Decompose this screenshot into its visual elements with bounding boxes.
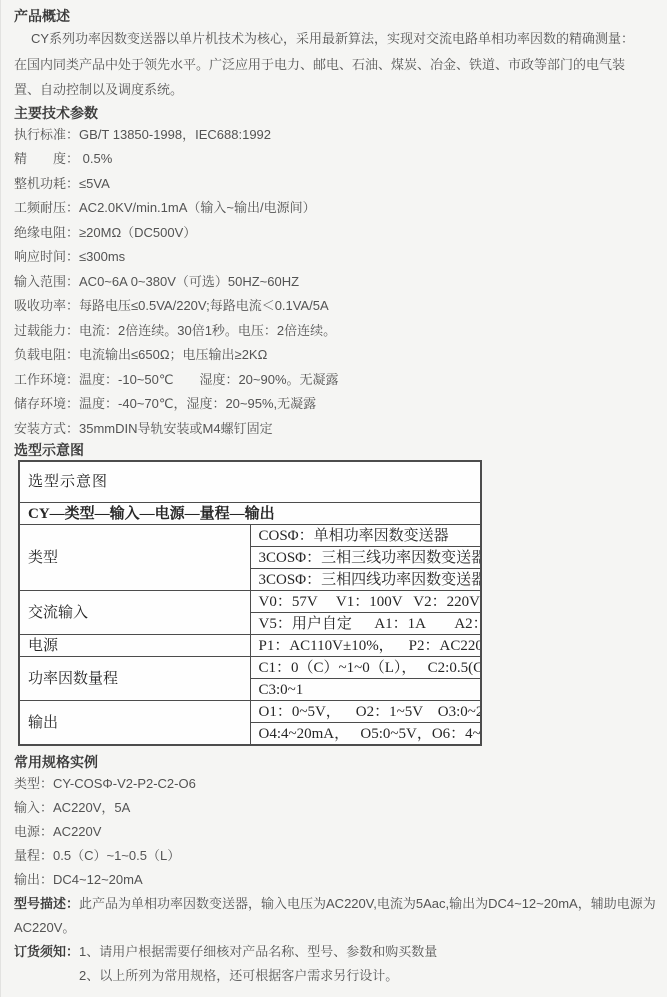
- example-input: 输入：AC220V，5A: [14, 796, 654, 820]
- param-value: AC0~6A 0~380V（可选）50HZ~60HZ: [79, 274, 299, 289]
- order-notes: 订货须知：1、请用户根据需要仔细核对产品名称、型号、参数和购买数量 2、以上所列…: [14, 940, 654, 988]
- param-value: 每路电压≤0.5VA/220V;每路电流＜0.1VA/5A: [79, 298, 329, 313]
- param-input-range: 输入范围：AC0~6A 0~380V（可选）50HZ~60HZ: [14, 270, 654, 295]
- param-exec-standard: 执行标准：GB/T 13850-1998，IEC688:1992: [14, 123, 654, 148]
- example-output: 输出：DC4~12~20mA: [14, 868, 654, 892]
- table-row: 交流输入 V0：57V V1：100V V2：220V V3：270V，V4：4…: [19, 591, 481, 613]
- param-label: 吸收功率：: [14, 298, 79, 313]
- param-label: 过载能力：: [14, 323, 79, 338]
- order-notes-line-1: 订货须知：1、请用户根据需要仔细核对产品名称、型号、参数和购买数量: [14, 940, 654, 964]
- param-label: 工频耐压：: [14, 200, 79, 215]
- param-value: ≥20MΩ（DC500V）: [79, 225, 196, 240]
- selection-table-title: 选型示意图: [19, 461, 481, 503]
- order-note-2: 2、以上所列为常用规格，还可根据客户需求另行设计。: [14, 964, 654, 988]
- param-value: GB/T 13850-1998，IEC688:1992: [79, 127, 271, 142]
- model-description-line-1: 型号描述：此产品为单相功率因数变送器，输入电压为AC220V,电流为5Aac,输…: [14, 892, 654, 916]
- group-label-output: 输出: [19, 701, 250, 746]
- example-value: AC220V，5A: [53, 800, 130, 815]
- param-label: 负载电阻：: [14, 347, 79, 362]
- table-row: 功率因数量程 C1：0（C）~1~0（L）， C2:0.5(C)~1~0.5（L…: [19, 657, 481, 679]
- param-value: 0.5%: [79, 151, 112, 166]
- group-label-pf-range: 功率因数量程: [19, 657, 250, 701]
- param-absorbed-power: 吸收功率：每路电压≤0.5VA/220V;每路电流＜0.1VA/5A: [14, 294, 654, 319]
- table-row: CY—类型—输入—电源—量程—输出: [19, 503, 481, 525]
- param-value: 电流：2倍连续。30倍1秒。电压：2倍连续。: [79, 323, 336, 338]
- example-label: 量程：: [14, 848, 53, 863]
- section-heading-selection-diagram: 选型示意图: [14, 442, 654, 459]
- model-description-text: 此产品为单相功率因数变送器，输入电压为AC220V,电流为5Aac,输出为DC4…: [79, 896, 656, 911]
- param-label: 工作环境：: [14, 372, 79, 387]
- param-mounting: 安装方式：35mmDIN导轨安装或M4螺钉固定: [14, 417, 654, 442]
- param-load-resistance: 负载电阻：电流输出≤650Ω；电压输出≥2KΩ: [14, 343, 654, 368]
- example-power: 电源：AC220V: [14, 820, 654, 844]
- example-label: 电源：: [14, 824, 53, 839]
- overview-line-3: 置、自动控制以及调度系统。: [14, 77, 654, 103]
- group-label-power-supply: 电源: [19, 635, 250, 657]
- order-notes-label: 订货须知：: [14, 944, 79, 959]
- param-withstand-voltage: 工频耐压：AC2.0KV/min.1mA（输入~输出/电源间）: [14, 196, 654, 221]
- table-row: 类型 COSΦ：单相功率因数变送器: [19, 525, 481, 547]
- model-description-line-2: AC220V。: [14, 916, 654, 940]
- param-value: AC2.0KV/min.1mA（输入~输出/电源间）: [79, 200, 316, 215]
- overview-line-2: 在国内同类产品中处于领先水平。广泛应用于电力、邮电、石油、煤炭、冶金、铁道、市政…: [14, 52, 654, 78]
- model-description: 型号描述：此产品为单相功率因数变送器，输入电压为AC220V,电流为5Aac,输…: [14, 892, 654, 940]
- section-heading-overview: 产品概述: [14, 6, 654, 26]
- type-option-3cos-3wire: 3COSΦ：三相三线功率因数变送器: [250, 547, 481, 569]
- section-heading-examples: 常用规格实例: [14, 752, 654, 772]
- group-label-ac-input: 交流输入: [19, 591, 250, 635]
- param-value: 温度：-10~50℃ 湿度：20~90%。无凝露: [79, 372, 339, 387]
- param-value: ≤5VA: [79, 176, 110, 191]
- output-options-o4-o9: O4:4~20mA， O5:0~5V，O6：4~12~20mA， O9：RS48…: [250, 723, 481, 746]
- group-label-type: 类型: [19, 525, 250, 591]
- param-response-time: 响应时间：≤300ms: [14, 245, 654, 270]
- example-value: DC4~12~20mA: [53, 872, 143, 887]
- table-row: 输出 O1：0~5V， O2：1~5V O3:0~20mA: [19, 701, 481, 723]
- model-description-label: 型号描述：: [14, 896, 79, 911]
- param-value: ≤300ms: [79, 249, 125, 264]
- param-label: 执行标准：: [14, 127, 79, 142]
- examples-list: 类型：CY-COSΦ-V2-P2-C2-O6 输入：AC220V，5A 电源：A…: [14, 772, 654, 892]
- product-spec-page: 产品概述 CY系列功率因数变送器以单片机技术为核心，采用最新算法，实现对交流电路…: [0, 0, 667, 997]
- table-row: 电源 P1：AC110V±10%， P2：AC220±15%: [19, 635, 481, 657]
- param-accuracy: 精 度： 0.5%: [14, 147, 654, 172]
- example-label: 输入：: [14, 800, 53, 815]
- param-label: 安装方式：: [14, 421, 79, 436]
- selection-table: 选型示意图 CY—类型—输入—电源—量程—输出 类型 COSΦ：单相功率因数变送…: [18, 460, 482, 746]
- type-option-cos: COSΦ：单相功率因数变送器: [250, 525, 481, 547]
- param-label: 输入范围：: [14, 274, 79, 289]
- param-label: 响应时间：: [14, 249, 79, 264]
- order-note-1: 1、请用户根据需要仔细核对产品名称、型号、参数和购买数量: [79, 944, 437, 959]
- overview-line-1: CY系列功率因数变送器以单片机技术为核心，采用最新算法，实现对交流电路单相功率因…: [14, 26, 654, 52]
- param-label: 绝缘电阻：: [14, 225, 79, 240]
- type-option-3cos-4wire: 3COSΦ：三相四线功率因数变送器: [250, 569, 481, 591]
- param-label: 整机功耗：: [14, 176, 79, 191]
- example-range: 量程：0.5（C）~1~0.5（L）: [14, 844, 654, 868]
- example-value: AC220V: [53, 824, 101, 839]
- model-code-format: CY—类型—输入—电源—量程—输出: [19, 503, 481, 525]
- example-label: 输出：: [14, 872, 53, 887]
- pf-range-option-c3: C3:0~1: [250, 679, 481, 701]
- param-value: 35mmDIN导轨安装或M4螺钉固定: [79, 421, 273, 436]
- example-label: 类型：: [14, 776, 53, 791]
- example-value: CY-COSΦ-V2-P2-C2-O6: [53, 776, 196, 791]
- overview-paragraph: CY系列功率因数变送器以单片机技术为核心，采用最新算法，实现对交流电路单相功率因…: [14, 26, 654, 103]
- table-row: 选型示意图: [19, 461, 481, 503]
- param-storage-environment: 储存环境：温度：-40~70℃，湿度：20~95%,无凝露: [14, 392, 654, 417]
- param-power-consumption: 整机功耗：≤5VA: [14, 172, 654, 197]
- pf-range-options-c1-c2: C1：0（C）~1~0（L）， C2:0.5(C)~1~0.5（L）: [250, 657, 481, 679]
- ac-input-voltage-options: V0：57V V1：100V V2：220V V3：270V，V4：400V: [250, 591, 481, 613]
- ac-input-current-options: V5：用户自定 A1：1A A2：5A: [250, 613, 481, 635]
- param-value: 电流输出≤650Ω；电压输出≥2KΩ: [79, 347, 267, 362]
- param-value: 温度：-40~70℃，湿度：20~95%,无凝露: [79, 396, 316, 411]
- param-overload-capacity: 过载能力：电流：2倍连续。30倍1秒。电压：2倍连续。: [14, 319, 654, 344]
- param-insulation-resistance: 绝缘电阻：≥20MΩ（DC500V）: [14, 221, 654, 246]
- param-working-environment: 工作环境：温度：-10~50℃ 湿度：20~90%。无凝露: [14, 368, 654, 393]
- section-heading-tech-params: 主要技术参数: [14, 103, 654, 123]
- example-value: 0.5（C）~1~0.5（L）: [53, 848, 180, 863]
- param-label: 精 度：: [14, 151, 79, 166]
- power-supply-options: P1：AC110V±10%， P2：AC220±15%: [250, 635, 481, 657]
- tech-params-list: 执行标准：GB/T 13850-1998，IEC688:1992 精 度： 0.…: [14, 123, 654, 442]
- output-options-o1-o3: O1：0~5V， O2：1~5V O3:0~20mA: [250, 701, 481, 723]
- example-type: 类型：CY-COSΦ-V2-P2-C2-O6: [14, 772, 654, 796]
- param-label: 储存环境：: [14, 396, 79, 411]
